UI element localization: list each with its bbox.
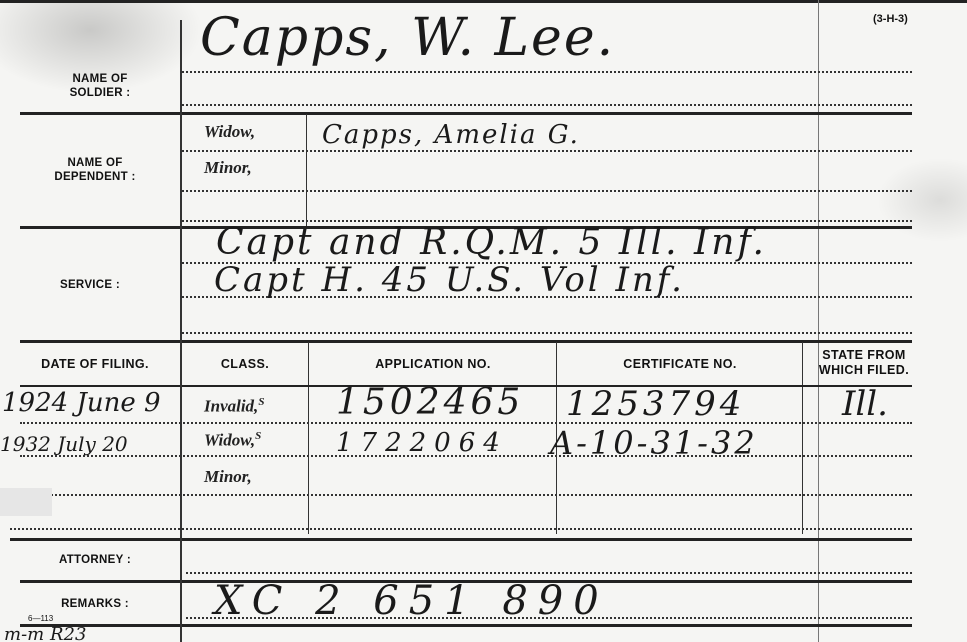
header-application-no: APPLICATION NO. xyxy=(310,357,556,372)
service-line-1: Capt and R.Q.M. 5 Ill. Inf. xyxy=(216,222,767,263)
filing-date-1: 1924 June 9 xyxy=(2,388,161,418)
attorney-label: ATTORNEY : xyxy=(30,553,160,567)
right-margin-line xyxy=(818,0,819,642)
bottom-mark: m-m R23 xyxy=(4,624,86,642)
class-invalid: Invalid,S xyxy=(204,396,264,417)
header-certificate-no: CERTIFICATE NO. xyxy=(558,357,802,372)
class-widow: Widow,S xyxy=(204,430,261,451)
soldier-name: Capps, W. Lee. xyxy=(200,8,615,68)
service-label: SERVICE : xyxy=(40,278,140,292)
header-date-of-filing: DATE OF FILING. xyxy=(14,357,176,372)
form-code: (3-H-3) xyxy=(873,13,908,25)
soldier-label: NAME OF SOLDIER : xyxy=(40,72,160,100)
certificate-no-2: A-10-31-32 xyxy=(550,424,758,462)
header-state-from-which-filed: STATE FROM WHICH FILED. xyxy=(804,348,924,378)
dependent-type-minor: Minor, xyxy=(204,158,252,178)
pension-index-card: (3-H-3) NAME OF SOLDIER : Capps, W. Lee.… xyxy=(0,0,967,642)
application-no-1: 1502465 xyxy=(336,382,524,423)
application-no-2: 1722064 xyxy=(336,428,508,458)
state-1: Ill. xyxy=(842,384,888,424)
header-class: CLASS. xyxy=(182,357,308,372)
dependent-label: NAME OF DEPENDENT : xyxy=(30,156,160,184)
service-line-2: Capt H. 45 U.S. Vol Inf. xyxy=(214,260,685,300)
class-minor: Minor, xyxy=(204,467,252,487)
redaction-patch xyxy=(0,488,52,516)
remarks-value: XC 2 651 890 xyxy=(214,578,609,624)
dependent-type-widow: Widow, xyxy=(204,122,255,142)
dependent-type-divider xyxy=(306,114,307,226)
form-number: 6—113 xyxy=(28,614,53,623)
certificate-no-1: 1253794 xyxy=(566,384,745,424)
dependent-name: Capps, Amelia G. xyxy=(322,120,580,150)
remarks-label: REMARKS : xyxy=(30,597,160,611)
top-border xyxy=(0,0,967,3)
filing-date-2: 1932 July 20 xyxy=(0,432,128,456)
